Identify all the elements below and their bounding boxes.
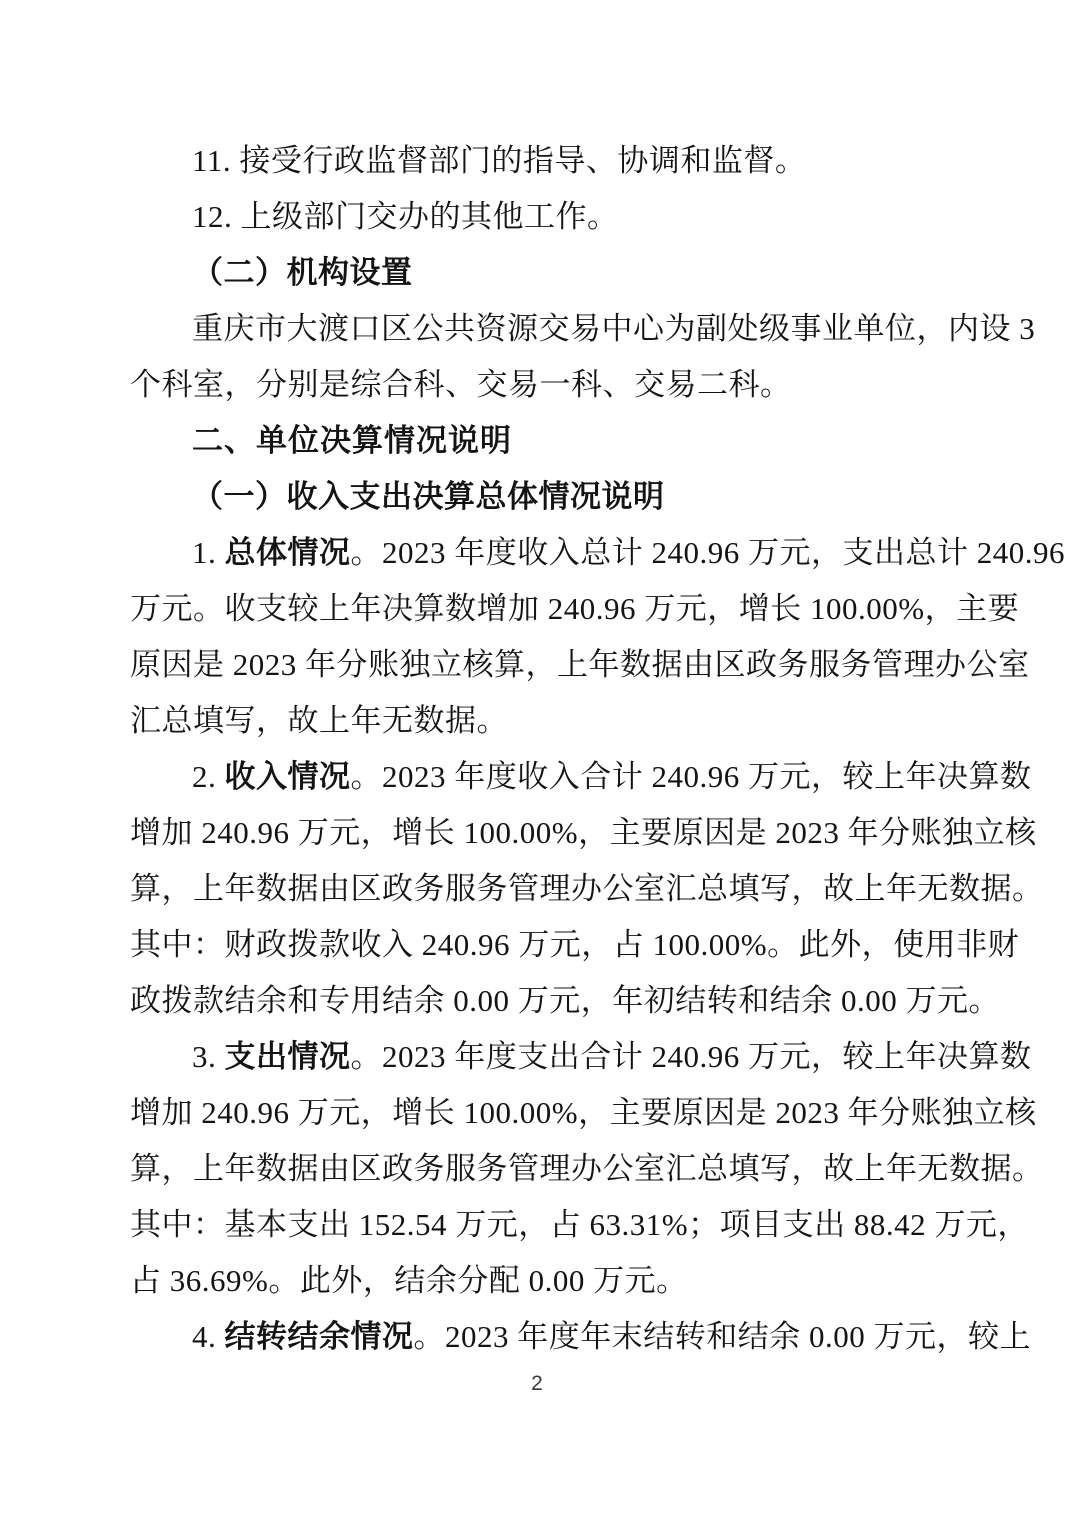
text-line: 4. 结转结余情况。2023 年度年末结转和结余 0.00 万元，较上 (130, 1309, 946, 1365)
text-segment: （二）机构设置 (192, 255, 413, 290)
text-segment: 支出情况 (225, 1039, 351, 1074)
para-income-situation: 2. 收入情况。2023 年度收入合计 240.96 万元，较上年决算数增加 2… (130, 749, 946, 1029)
text-segment: 。2023 年度收入合计 240.96 万元，较上年决算数 (351, 759, 1032, 794)
text-line: 算，上年数据由区政务服务管理办公室汇总填写，故上年无数据。 (130, 861, 946, 917)
text-segment: 个科室，分别是综合科、交易一科、交易二科。 (130, 367, 792, 402)
page-number: 2 (531, 1372, 543, 1395)
text-line: 2. 收入情况。2023 年度收入合计 240.96 万元，较上年决算数 (130, 749, 946, 805)
text-line: 原因是 2023 年分账独立核算，上年数据由区政务服务管理办公室 (130, 637, 946, 693)
heading-section-two-one: （一）收入支出决算总体情况说明 (130, 469, 946, 525)
page-footer: 2 (0, 1372, 1074, 1396)
document-content: 11. 接受行政监督部门的指导、协调和监督。12. 上级部门交办的其他工作。（二… (130, 133, 946, 1365)
text-segment: 。2023 年度收入总计 240.96 万元，支出总计 240.96 (351, 535, 1066, 570)
text-segment: 。2023 年度年末结转和结余 0.00 万元，较上 (414, 1319, 1032, 1354)
heading-org-setup: （二）机构设置 (130, 245, 946, 301)
text-segment: 4. (192, 1319, 225, 1354)
text-segment: 原因是 2023 年分账独立核算，上年数据由区政务服务管理办公室 (130, 647, 1030, 682)
text-segment: 二、单位决算情况说明 (192, 423, 512, 458)
text-line: （一）收入支出决算总体情况说明 (130, 469, 946, 525)
text-segment: 占 36.69%。此外，结余分配 0.00 万元。 (130, 1263, 688, 1298)
text-segment: 总体情况 (225, 535, 351, 570)
text-segment: 算，上年数据由区政务服务管理办公室汇总填写，故上年无数据。 (130, 1151, 1044, 1186)
item-12: 12. 上级部门交办的其他工作。 (130, 189, 946, 245)
text-line: 重庆市大渡口区公共资源交易中心为副处级事业单位，内设 3 (130, 301, 946, 357)
text-line: 11. 接受行政监督部门的指导、协调和监督。 (130, 133, 946, 189)
document-page: 11. 接受行政监督部门的指导、协调和监督。12. 上级部门交办的其他工作。（二… (0, 0, 1074, 1520)
text-line: 个科室，分别是综合科、交易一科、交易二科。 (130, 357, 946, 413)
text-segment: 2. (192, 759, 225, 794)
text-line: 算，上年数据由区政务服务管理办公室汇总填写，故上年无数据。 (130, 1141, 946, 1197)
text-segment: 结转结余情况 (225, 1319, 414, 1354)
text-segment: 重庆市大渡口区公共资源交易中心为副处级事业单位，内设 3 (192, 311, 1035, 346)
para-expenditure-situation: 3. 支出情况。2023 年度支出合计 240.96 万元，较上年决算数增加 2… (130, 1029, 946, 1309)
text-segment: 算，上年数据由区政务服务管理办公室汇总填写，故上年无数据。 (130, 871, 1044, 906)
text-line: 万元。收支较上年决算数增加 240.96 万元，增长 100.00%，主要 (130, 581, 946, 637)
text-segment: （一）收入支出决算总体情况说明 (192, 479, 665, 514)
text-segment: 其中：基本支出 152.54 万元，占 63.31%；项目支出 88.42 万元… (130, 1207, 1029, 1242)
text-line: （二）机构设置 (130, 245, 946, 301)
text-line: 12. 上级部门交办的其他工作。 (130, 189, 946, 245)
para-overall-situation: 1. 总体情况。2023 年度收入总计 240.96 万元，支出总计 240.9… (130, 525, 946, 749)
text-line: 3. 支出情况。2023 年度支出合计 240.96 万元，较上年决算数 (130, 1029, 946, 1085)
para-carryover-situation: 4. 结转结余情况。2023 年度年末结转和结余 0.00 万元，较上 (130, 1309, 946, 1365)
text-line: 1. 总体情况。2023 年度收入总计 240.96 万元，支出总计 240.9… (130, 525, 946, 581)
text-line: 政拨款结余和专用结余 0.00 万元，年初结转和结余 0.00 万元。 (130, 973, 946, 1029)
text-segment: 万元。收支较上年决算数增加 240.96 万元，增长 100.00%，主要 (130, 591, 1019, 626)
text-line: 二、单位决算情况说明 (130, 413, 946, 469)
text-line: 占 36.69%。此外，结余分配 0.00 万元。 (130, 1253, 946, 1309)
text-segment: 11. 接受行政监督部门的指导、协调和监督。 (192, 143, 806, 178)
para-org-setup: 重庆市大渡口区公共资源交易中心为副处级事业单位，内设 3个科室，分别是综合科、交… (130, 301, 946, 413)
text-segment: 其中：财政拨款收入 240.96 万元，占 100.00%。此外，使用非财 (130, 927, 1019, 962)
text-segment: 收入情况 (225, 759, 351, 794)
text-segment: 12. 上级部门交办的其他工作。 (192, 199, 619, 234)
text-segment: 1. (192, 535, 225, 570)
text-segment: 3. (192, 1039, 225, 1074)
text-segment: 增加 240.96 万元，增长 100.00%，主要原因是 2023 年分账独立… (130, 1095, 1037, 1130)
text-line: 增加 240.96 万元，增长 100.00%，主要原因是 2023 年分账独立… (130, 1085, 946, 1141)
text-line: 其中：基本支出 152.54 万元，占 63.31%；项目支出 88.42 万元… (130, 1197, 946, 1253)
text-segment: 汇总填写，故上年无数据。 (130, 703, 508, 738)
item-11: 11. 接受行政监督部门的指导、协调和监督。 (130, 133, 946, 189)
text-line: 其中：财政拨款收入 240.96 万元，占 100.00%。此外，使用非财 (130, 917, 946, 973)
text-line: 增加 240.96 万元，增长 100.00%，主要原因是 2023 年分账独立… (130, 805, 946, 861)
text-segment: 政拨款结余和专用结余 0.00 万元，年初结转和结余 0.00 万元。 (130, 983, 1000, 1018)
heading-section-two: 二、单位决算情况说明 (130, 413, 946, 469)
text-segment: 。2023 年度支出合计 240.96 万元，较上年决算数 (351, 1039, 1032, 1074)
text-line: 汇总填写，故上年无数据。 (130, 693, 946, 749)
text-segment: 增加 240.96 万元，增长 100.00%，主要原因是 2023 年分账独立… (130, 815, 1037, 850)
